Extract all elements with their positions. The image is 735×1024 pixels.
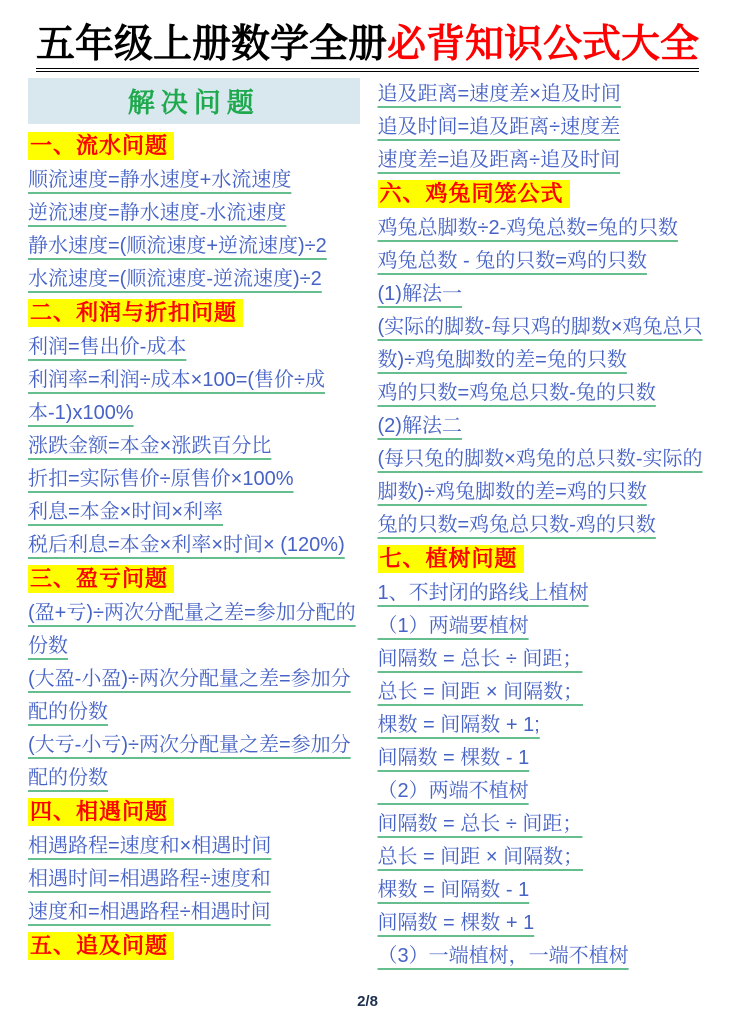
formula-line: (实际的脚数-每只鸡的脚数×鸡兔总只数)÷鸡兔脚数的差=兔的只数 <box>378 311 710 377</box>
formula-text: 鸡兔总脚数÷2-鸡兔总数=兔的只数 <box>378 217 678 239</box>
section-header-label: 五、追及问题 <box>28 932 174 960</box>
section-header: 七、植树问题 <box>378 542 710 577</box>
formula-text: 涨跌金额=本金×涨跌百分比 <box>28 435 271 457</box>
formula-line: 鸡兔总数 - 兔的只数=鸡的只数 <box>378 245 710 278</box>
formula-text: 棵数 = 间隔数 - 1 <box>378 879 530 901</box>
formula-text: 顺流速度=静水速度+水流速度 <box>28 169 291 191</box>
formula-line: (大亏-小亏)÷两次分配量之差=参加分配的份数 <box>28 729 360 795</box>
formula-line: 间隔数 = 总长 ÷ 间距； <box>378 808 710 841</box>
formula-line: 水流速度=(顺流速度-逆流速度)÷2 <box>28 263 360 296</box>
section-header-label: 六、鸡兔同笼公式 <box>378 180 570 208</box>
formula-line: 间隔数 = 总长 ÷ 间距； <box>378 643 710 676</box>
page-title-underline: 五年级上册数学全册必背知识公式大全 <box>36 24 699 72</box>
formula-text: (大亏-小亏)÷两次分配量之差=参加分配的份数 <box>28 734 351 789</box>
formula-text: 折扣=实际售价÷原售价×100% <box>28 468 294 490</box>
page-title-black-part: 五年级上册数学全册 <box>36 23 387 66</box>
formula-line: (1)解法一 <box>378 278 710 311</box>
document-page: 五年级上册数学全册必背知识公式大全 解决问题 一、流水问题顺流速度=静水速度+水… <box>0 0 735 1024</box>
formula-line: 总长 = 间距 × 间隔数； <box>378 676 710 709</box>
formula-line: 利息=本金×时间×利率 <box>28 496 360 529</box>
formula-line: 间隔数 = 棵数 + 1 <box>378 907 710 940</box>
right-column: 追及距离=速度差×追及时间追及时间=追及距离÷速度差速度差=追及距离÷追及时间六… <box>378 78 710 973</box>
section-header: 六、鸡兔同笼公式 <box>378 177 710 212</box>
formula-line: 1、不封闭的路线上植树 <box>378 577 710 610</box>
left-column: 解决问题 一、流水问题顺流速度=静水速度+水流速度逆流速度=静水速度-水流速度静… <box>28 78 360 973</box>
page-title-red-part: 必背知识公式大全 <box>387 23 699 66</box>
formula-line: 相遇时间=相遇路程÷速度和 <box>28 863 360 896</box>
formula-line: 折扣=实际售价÷原售价×100% <box>28 463 360 496</box>
formula-text: 间隔数 = 总长 ÷ 间距； <box>378 648 583 670</box>
formula-line: 顺流速度=静水速度+水流速度 <box>28 164 360 197</box>
formula-text: 速度差=追及距离÷追及时间 <box>378 149 621 171</box>
formula-text: 利润=售出价-成本 <box>28 336 186 358</box>
formula-text: 利息=本金×时间×利率 <box>28 501 223 523</box>
formula-line: (大盈-小盈)÷两次分配量之差=参加分配的份数 <box>28 663 360 729</box>
formula-text: (大盈-小盈)÷两次分配量之差=参加分配的份数 <box>28 668 351 723</box>
section-header-label: 一、流水问题 <box>28 132 174 160</box>
formula-line: (每只兔的脚数×鸡兔的总只数-实际的脚数)÷鸡兔脚数的差=鸡的只数 <box>378 443 710 509</box>
section-header-label: 四、相遇问题 <box>28 798 174 826</box>
formula-line: 税后利息=本金×利率×时间× (120%) <box>28 529 360 562</box>
formula-text: 总长 = 间距 × 间隔数； <box>378 846 584 868</box>
formula-text: 相遇时间=相遇路程÷速度和 <box>28 868 271 890</box>
formula-line: 棵数 = 间隔数 - 1 <box>378 874 710 907</box>
formula-line: 利润率=利润÷成本×100=(售价÷成本-1)x100% <box>28 364 360 430</box>
formula-text: 静水速度=(顺流速度+逆流速度)÷2 <box>28 235 327 257</box>
formula-line: 相遇路程=速度和×相遇时间 <box>28 830 360 863</box>
formula-text: 间隔数 = 棵数 - 1 <box>378 747 530 769</box>
formula-line: （3）一端植树，一端不植树 <box>378 940 710 973</box>
formula-line: 兔的只数=鸡兔总只数-鸡的只数 <box>378 509 710 542</box>
formula-text: 利润率=利润÷成本×100=(售价÷成本-1)x100% <box>28 369 325 424</box>
section-header: 一、流水问题 <box>28 129 360 164</box>
formula-line: 逆流速度=静水速度-水流速度 <box>28 197 360 230</box>
section-header-label: 七、植树问题 <box>378 545 524 573</box>
formula-line: 鸡的只数=鸡兔总只数-兔的只数 <box>378 377 710 410</box>
section-header: 二、利润与折扣问题 <box>28 296 360 331</box>
formula-text: 总长 = 间距 × 间隔数； <box>378 681 584 703</box>
section-header: 三、盈亏问题 <box>28 562 360 597</box>
formula-text: (盈+亏)÷两次分配量之差=参加分配的份数 <box>28 602 356 657</box>
formula-text: （2）两端不植树 <box>378 780 529 802</box>
section-header-label: 二、利润与折扣问题 <box>28 299 243 327</box>
formula-line: 利润=售出价-成本 <box>28 331 360 364</box>
formula-text: 水流速度=(顺流速度-逆流速度)÷2 <box>28 268 322 290</box>
formula-text: 鸡的只数=鸡兔总只数-兔的只数 <box>378 382 656 404</box>
formula-text: 税后利息=本金×利率×时间× (120%) <box>28 534 345 556</box>
formula-line: (2)解法二 <box>378 410 710 443</box>
formula-line: 鸡兔总脚数÷2-鸡兔总数=兔的只数 <box>378 212 710 245</box>
formula-text: (每只兔的脚数×鸡兔的总只数-实际的脚数)÷鸡兔脚数的差=鸡的只数 <box>378 448 703 503</box>
right-column-rows: 追及距离=速度差×追及时间追及时间=追及距离÷速度差速度差=追及距离÷追及时间六… <box>378 78 710 973</box>
section-header-label: 三、盈亏问题 <box>28 565 174 593</box>
formula-line: 总长 = 间距 × 间隔数； <box>378 841 710 874</box>
formula-text: (1)解法一 <box>378 283 462 305</box>
formula-text: 兔的只数=鸡兔总只数-鸡的只数 <box>378 514 656 536</box>
formula-text: 棵数 = 间隔数 + 1; <box>378 714 540 736</box>
formula-text: （1）两端要植树 <box>378 615 529 637</box>
formula-line: 涨跌金额=本金×涨跌百分比 <box>28 430 360 463</box>
formula-line: (盈+亏)÷两次分配量之差=参加分配的份数 <box>28 597 360 663</box>
formula-line: 静水速度=(顺流速度+逆流速度)÷2 <box>28 230 360 263</box>
formula-line: 棵数 = 间隔数 + 1; <box>378 709 710 742</box>
page-number: 2/8 <box>0 993 735 1010</box>
page-title: 五年级上册数学全册必背知识公式大全 <box>0 0 735 72</box>
left-column-rows: 一、流水问题顺流速度=静水速度+水流速度逆流速度=静水速度-水流速度静水速度=(… <box>28 129 360 964</box>
formula-text: (实际的脚数-每只鸡的脚数×鸡兔总只数)÷鸡兔脚数的差=兔的只数 <box>378 316 703 371</box>
formula-line: （1）两端要植树 <box>378 610 710 643</box>
formula-line: 追及距离=速度差×追及时间 <box>378 78 710 111</box>
formula-line: （2）两端不植树 <box>378 775 710 808</box>
formula-text: 间隔数 = 总长 ÷ 间距； <box>378 813 583 835</box>
section-banner: 解决问题 <box>28 78 360 124</box>
formula-text: 速度和=相遇路程÷相遇时间 <box>28 901 271 923</box>
two-column-layout: 解决问题 一、流水问题顺流速度=静水速度+水流速度逆流速度=静水速度-水流速度静… <box>0 72 735 973</box>
formula-text: 1、不封闭的路线上植树 <box>378 582 589 604</box>
formula-text: 鸡兔总数 - 兔的只数=鸡的只数 <box>378 250 647 272</box>
formula-line: 速度差=追及距离÷追及时间 <box>378 144 710 177</box>
formula-line: 间隔数 = 棵数 - 1 <box>378 742 710 775</box>
formula-text: (2)解法二 <box>378 415 462 437</box>
formula-text: （3）一端植树，一端不植树 <box>378 945 629 967</box>
formula-text: 追及时间=追及距离÷速度差 <box>378 116 621 138</box>
formula-text: 间隔数 = 棵数 + 1 <box>378 912 535 934</box>
formula-line: 追及时间=追及距离÷速度差 <box>378 111 710 144</box>
formula-text: 逆流速度=静水速度-水流速度 <box>28 202 286 224</box>
section-header: 五、追及问题 <box>28 929 360 964</box>
formula-text: 相遇路程=速度和×相遇时间 <box>28 835 271 857</box>
formula-line: 速度和=相遇路程÷相遇时间 <box>28 896 360 929</box>
formula-text: 追及距离=速度差×追及时间 <box>378 83 621 105</box>
section-header: 四、相遇问题 <box>28 795 360 830</box>
